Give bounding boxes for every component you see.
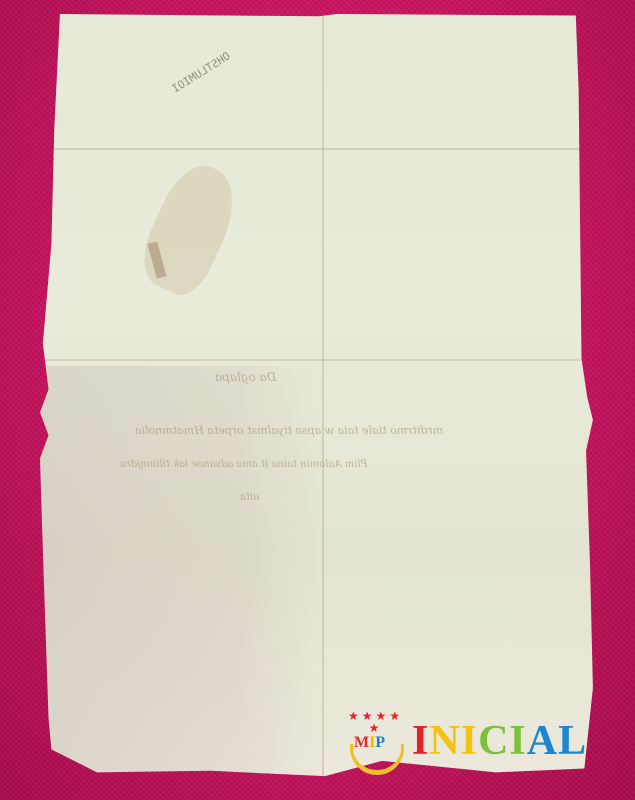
water-stain — [131, 155, 249, 302]
script-line: mrditrmo tiale taia w apsa tiyalmst orpe… — [135, 424, 443, 437]
wordmark-letter: I — [509, 718, 526, 764]
horizontal-fold-line-middle — [40, 359, 610, 361]
inicial-wordmark: INICIAL — [412, 720, 587, 762]
horizontal-fold-line-top — [40, 148, 610, 150]
vertical-fold-line — [322, 14, 324, 780]
wordmark-letter: I — [412, 718, 429, 764]
wordmark-letter: L — [558, 718, 587, 764]
stars-icon: ★ ★ ★ ★ ★ — [344, 710, 404, 734]
mip-initials: MIP — [354, 734, 385, 752]
wordmark-letter: C — [478, 718, 509, 764]
wordmark-letter: A — [527, 718, 558, 764]
script-line: Plim Aalomin taina it ama adsanoe lak ti… — [120, 459, 367, 470]
wordmark-letter: N — [429, 718, 460, 764]
old-paper-document: OHSTLUMIOI — [40, 14, 610, 780]
script-line-heading: Da oglapa — [215, 370, 276, 384]
script-line: aita — [240, 492, 259, 503]
stamp-text: OHSTLUMIOI — [170, 49, 233, 95]
inicial-logo-watermark: ★ ★ ★ ★ ★ MIP INICIAL — [344, 710, 587, 772]
mip-emblem-icon: ★ ★ ★ ★ ★ MIP — [344, 710, 404, 772]
wordmark-letter: I — [461, 718, 478, 764]
